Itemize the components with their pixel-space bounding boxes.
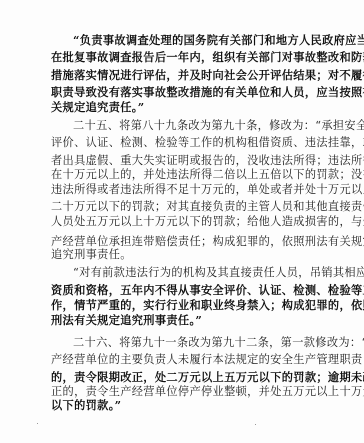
text-line: 产经营单位承担连带赔偿责任；构成犯罪的，依照刑法有关规定 xyxy=(51,235,311,249)
text-line: 职责导致没有落实事故整改措施的有关单位和人员，应当按照有 xyxy=(51,85,311,99)
text-line: 以下的罚款。” xyxy=(51,398,311,412)
text-line: “对有前款违法行为的机构及其直接责任人员，吊销其相应 xyxy=(73,266,311,280)
scan-speck xyxy=(255,424,256,425)
text-line: 在十万元以上的，并处违法所得二倍以上五倍以下的罚款；没有 xyxy=(51,168,311,182)
text-line: 正的，责令生产经营单位停产停业整顿，并处五万元以上十万元 xyxy=(51,385,311,399)
text-line: 在批复事故调查报告后一年内，组织有关部门对事故整改和防范 xyxy=(51,50,311,64)
text-line: 关规定追究责任。” xyxy=(51,100,311,114)
text-line: 人员处五万元以上十万元以下的罚款；给他人造成损害的，与生 xyxy=(51,215,311,229)
text-line: 二十五、将第八十九条改为第九十条，修改为：“承担安全 xyxy=(73,119,311,133)
scan-speck xyxy=(37,423,38,424)
text-line: 追究刑事责任。 xyxy=(51,248,311,262)
text-line: 评价、认证、检测、检验等工作的机构租借资质、违法挂靠，或 xyxy=(51,136,311,150)
text-line: 作，情节严重的，实行行业和职业终身禁入；构成犯罪的，依照 xyxy=(51,298,311,312)
text-line: 产经营单位的主要负责人未履行本法规定的安全生产管理职责 xyxy=(51,353,311,367)
text-line: 二十万元以下的罚款；对其直接负责的主管人员和其他直接责任 xyxy=(51,200,311,214)
text-line: “负责事故调查处理的国务院有关部门和地方人民政府应当 xyxy=(73,33,311,47)
text-line: 刑法有关规定追究刑事责任。” xyxy=(51,313,311,327)
text-line: 违法所得或者违法所得不足十万元的，单处或者并处十万元以上 xyxy=(51,183,311,197)
scanned-document-page: “负责事故调查处理的国务院有关部门和地方人民政府应当 在批复事故调查报告后一年内… xyxy=(0,0,364,443)
text-line: 措施落实情况进行评估，并及时向社会公开评估结果；对不履行 xyxy=(51,68,311,82)
text-line: 资质和资格，五年内不得从事安全评价、认证、检测、检验等工 xyxy=(51,283,311,297)
text-line: 者出具虚假、重大失实证明或报告的，没收违法所得；违法所得 xyxy=(51,154,311,168)
text-line: 二十六、将第九十一条改为第九十二条，第一款修改为：“生 xyxy=(73,336,311,350)
text-line: 的，责令限期改正，处二万元以上五万元以下的罚款；逾期未改 xyxy=(51,370,311,384)
